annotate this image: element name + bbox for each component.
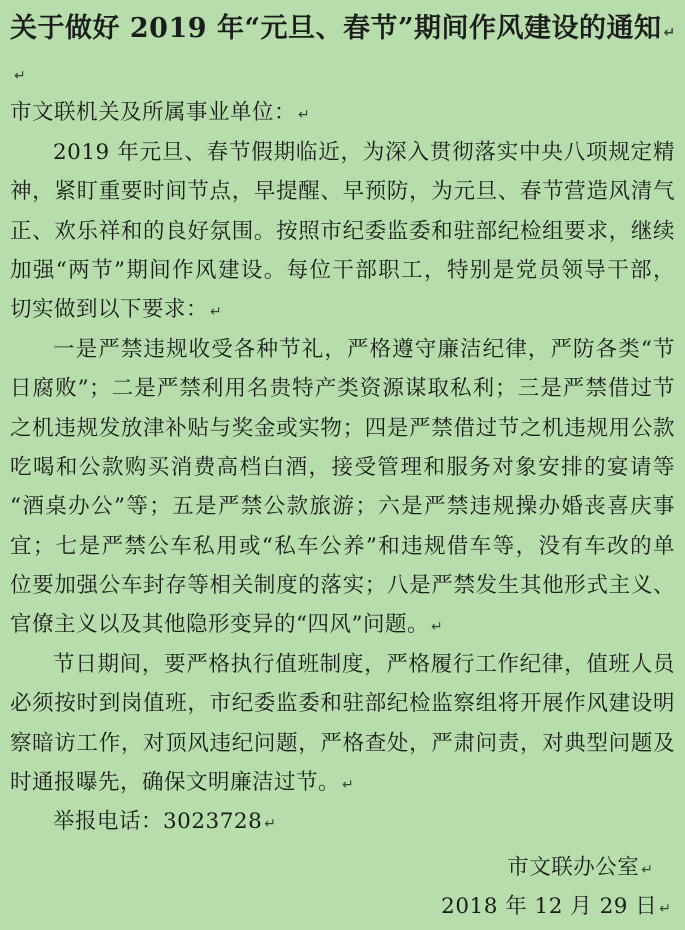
paragraph-line: 节日期间，要严格执行值班制度，严格履行工作纪律，值班人员 <box>10 645 675 684</box>
salutation: 市文联机关及所属事业单位：↵ <box>10 93 675 132</box>
paragraph-mark-icon: ↵ <box>431 619 443 635</box>
paragraph-mark-icon: ↵ <box>14 68 26 84</box>
paragraph-mark-icon: ↵ <box>210 304 222 320</box>
paragraph-line: 一是严禁违规收受各种节礼，严格遵守廉洁纪律，严防各类“节 <box>10 330 675 369</box>
paragraph-line: 察暗访工作，对顶风违纪问题，严格查处，严肃问责，对典型问题及 <box>10 724 675 763</box>
paragraph-line: 举报电话：3023728↵ <box>10 802 675 841</box>
paragraph-line: 切实做到以下要求：↵ <box>10 290 675 329</box>
date-line: 2018 年 12 月 29 日↵ <box>10 887 675 926</box>
document-page: 关于做好 2019 年“元旦、春节”期间作风建设的通知↵ ↵市文联机关及所属事业… <box>0 0 685 930</box>
paragraph-line: 官僚主义以及其他隐形变异的“四风”问题。↵ <box>10 605 675 644</box>
paragraph-line: 加强“两节”期间作风建设。每位干部职工，特别是党员领导干部， <box>10 251 675 290</box>
paragraph-line: 日腐败”；二是严禁利用名贵特产类资源谋取私利；三是严禁借过节 <box>10 369 675 408</box>
paragraph-line: 位要加强公车封存等相关制度的落实；八是严禁发生其他形式主义、 <box>10 566 675 605</box>
paragraph-line: 时通报曝先，确保文明廉洁过节。↵ <box>10 763 675 802</box>
paragraph-line: 吃喝和公款购买消费高档白酒，接受管理和服务对象安排的宴请等 <box>10 448 675 487</box>
paragraph-line: 必须按时到岗值班，市纪委监委和驻部纪检监察组将开展作风建设明 <box>10 684 675 723</box>
paragraph-line: “酒桌办公”等；五是严禁公款旅游；六是严禁违规操办婚丧喜庆事 <box>10 487 675 526</box>
document-body: ↵市文联机关及所属事业单位：↵2019 年元旦、春节假期临近，为深入贯彻落实中央… <box>10 54 675 927</box>
paragraph-line: 宜；七是严禁公车私用或“私车公养”和违规借车等，没有车改的单 <box>10 527 675 566</box>
paragraph-mark-icon: ↵ <box>659 901 671 917</box>
paragraph-line: 之机违规发放津补贴与奖金或实物；四是严禁借过节之机违规用公款 <box>10 409 675 448</box>
paragraph-mark-icon: ↵ <box>641 862 653 878</box>
paragraph-line: 正、欢乐祥和的良好氛围。按照市纪委监委和驻部纪检组要求，继续 <box>10 212 675 251</box>
title-text: 关于做好 2019 年“元旦、春节”期间作风建设的通知 <box>10 13 662 44</box>
paragraph-mark-icon: ↵ <box>664 25 676 41</box>
document-title: 关于做好 2019 年“元旦、春节”期间作风建设的通知↵ <box>10 4 675 54</box>
paragraph-mark-icon: ↵ <box>264 816 276 832</box>
paragraph-line: 神，紧盯重要时间节点，早提醒、早预防，为元旦、春节营造风清气 <box>10 172 675 211</box>
paragraph-mark-icon: ↵ <box>298 107 310 123</box>
blank-line: ↵ <box>10 54 675 93</box>
signature: 市文联办公室↵ <box>10 848 675 887</box>
paragraph-line: 2019 年元旦、春节假期临近，为深入贯彻落实中央八项规定精 <box>10 133 675 172</box>
paragraph-mark-icon: ↵ <box>342 777 354 793</box>
